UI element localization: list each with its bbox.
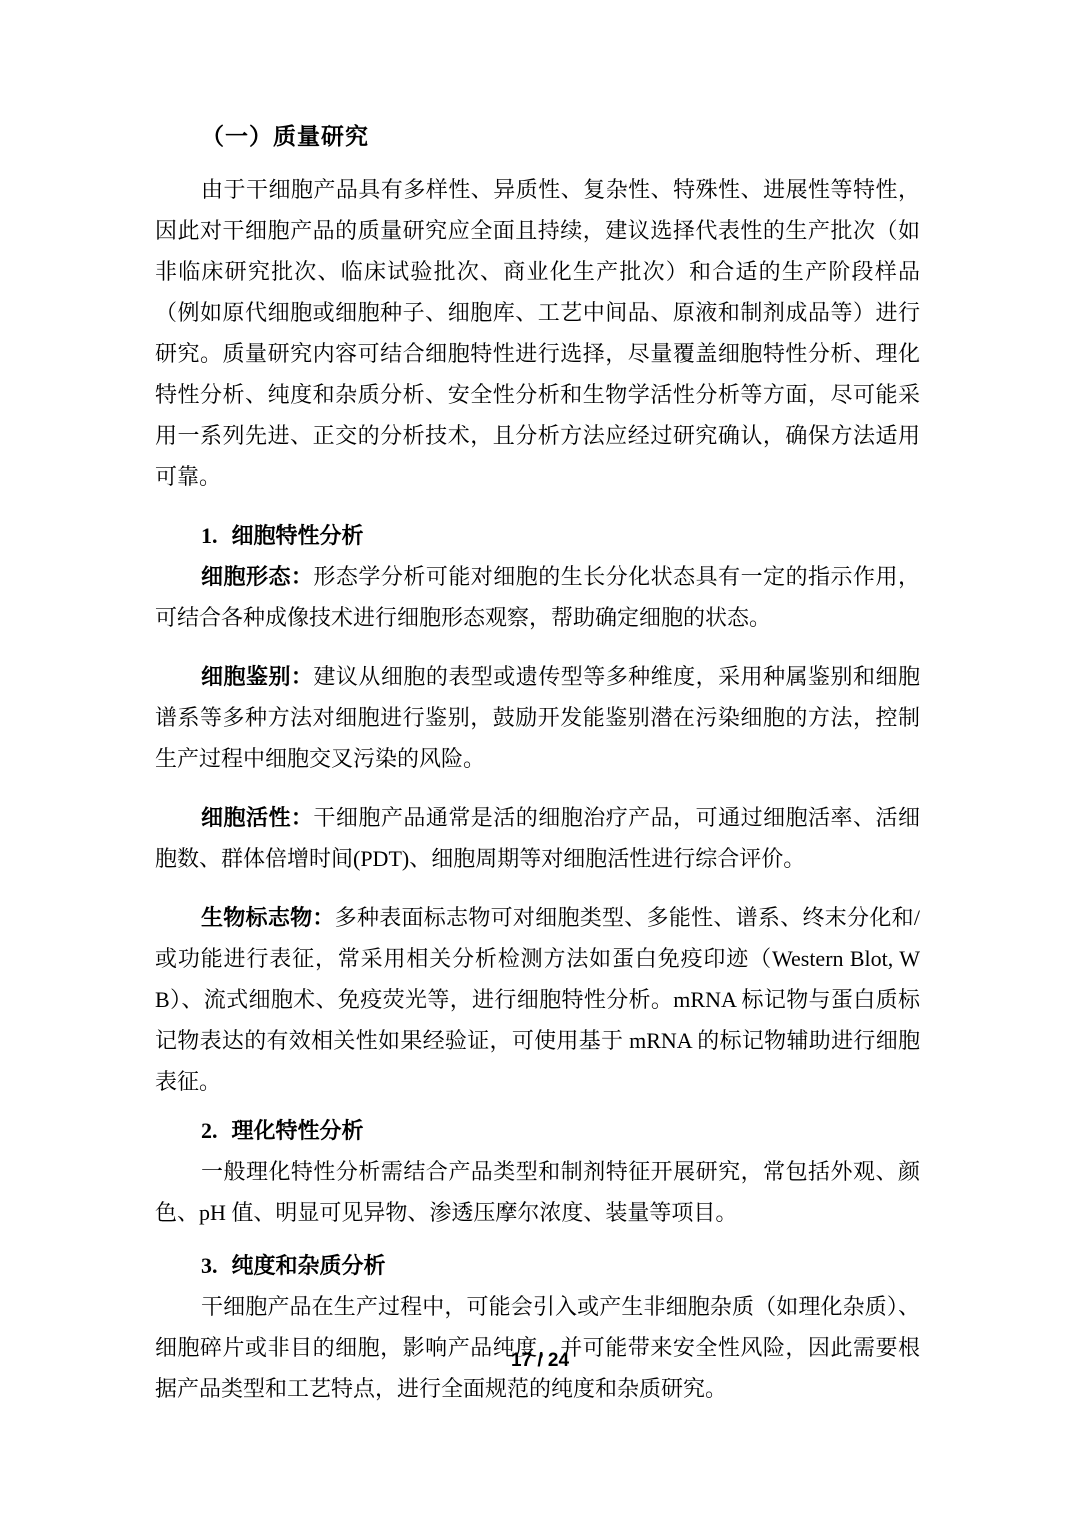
subsection-3-heading: 3.纯度和杂质分析	[155, 1245, 920, 1286]
subsection-2-number: 2.	[201, 1118, 218, 1143]
page-number: 17 / 24	[511, 1350, 569, 1371]
paragraph-lead-cell-identification: 细胞鉴别：	[201, 664, 313, 689]
paragraph-lead-biomarkers: 生物标志物：	[201, 905, 335, 930]
intro-paragraph: 由于干细胞产品具有多样性、异质性、复杂性、特殊性、进展性等特性，因此对干细胞产品…	[155, 169, 920, 497]
subsection-3-number: 3.	[201, 1253, 218, 1278]
subsection-1-heading: 1.细胞特性分析	[155, 515, 920, 556]
page-footer: 17 / 24	[0, 1350, 1080, 1372]
paragraph-text-purity-impurities: 干细胞产品在生产过程中，可能会引入或产生非细胞杂质（如理化杂质）、细胞碎片或非目…	[155, 1294, 920, 1401]
paragraph-purity-impurities: 干细胞产品在生产过程中，可能会引入或产生非细胞杂质（如理化杂质）、细胞碎片或非目…	[155, 1286, 920, 1409]
paragraph-cell-viability: 细胞活性：干细胞产品通常是活的细胞治疗产品，可通过细胞活率、活细胞数、群体倍增时…	[155, 797, 920, 879]
subsection-2-heading: 2.理化特性分析	[155, 1110, 920, 1151]
paragraph-physicochemical: 一般理化特性分析需结合产品类型和制剂特征开展研究，常包括外观、颜色、pH 值、明…	[155, 1151, 920, 1233]
paragraph-cell-identification: 细胞鉴别：建议从细胞的表型或遗传型等多种维度，采用种属鉴别和细胞谱系等多种方法对…	[155, 656, 920, 779]
paragraph-cell-morphology: 细胞形态：形态学分析可能对细胞的生长分化状态具有一定的指示作用，可结合各种成像技…	[155, 556, 920, 638]
paragraph-biomarkers: 生物标志物：多种表面标志物可对细胞类型、多能性、谱系、终末分化和/或功能进行表征…	[155, 897, 920, 1102]
subsection-3-title: 纯度和杂质分析	[232, 1253, 386, 1278]
subsection-1-title: 细胞特性分析	[232, 523, 364, 548]
paragraph-text-physicochemical: 一般理化特性分析需结合产品类型和制剂特征开展研究，常包括外观、颜色、pH 值、明…	[155, 1159, 920, 1225]
paragraph-lead-cell-viability: 细胞活性：	[201, 805, 313, 830]
subsection-2-title: 理化特性分析	[232, 1118, 364, 1143]
paragraph-lead-cell-morphology: 细胞形态：	[201, 564, 313, 589]
subsection-1-number: 1.	[201, 523, 218, 548]
section-heading: （一）质量研究	[155, 116, 920, 157]
document-page: （一）质量研究 由于干细胞产品具有多样性、异质性、复杂性、特殊性、进展性等特性，…	[155, 116, 920, 1409]
paragraph-text-biomarkers: 多种表面标志物可对细胞类型、多能性、谱系、终末分化和/或功能进行表征，常采用相关…	[155, 905, 920, 1094]
